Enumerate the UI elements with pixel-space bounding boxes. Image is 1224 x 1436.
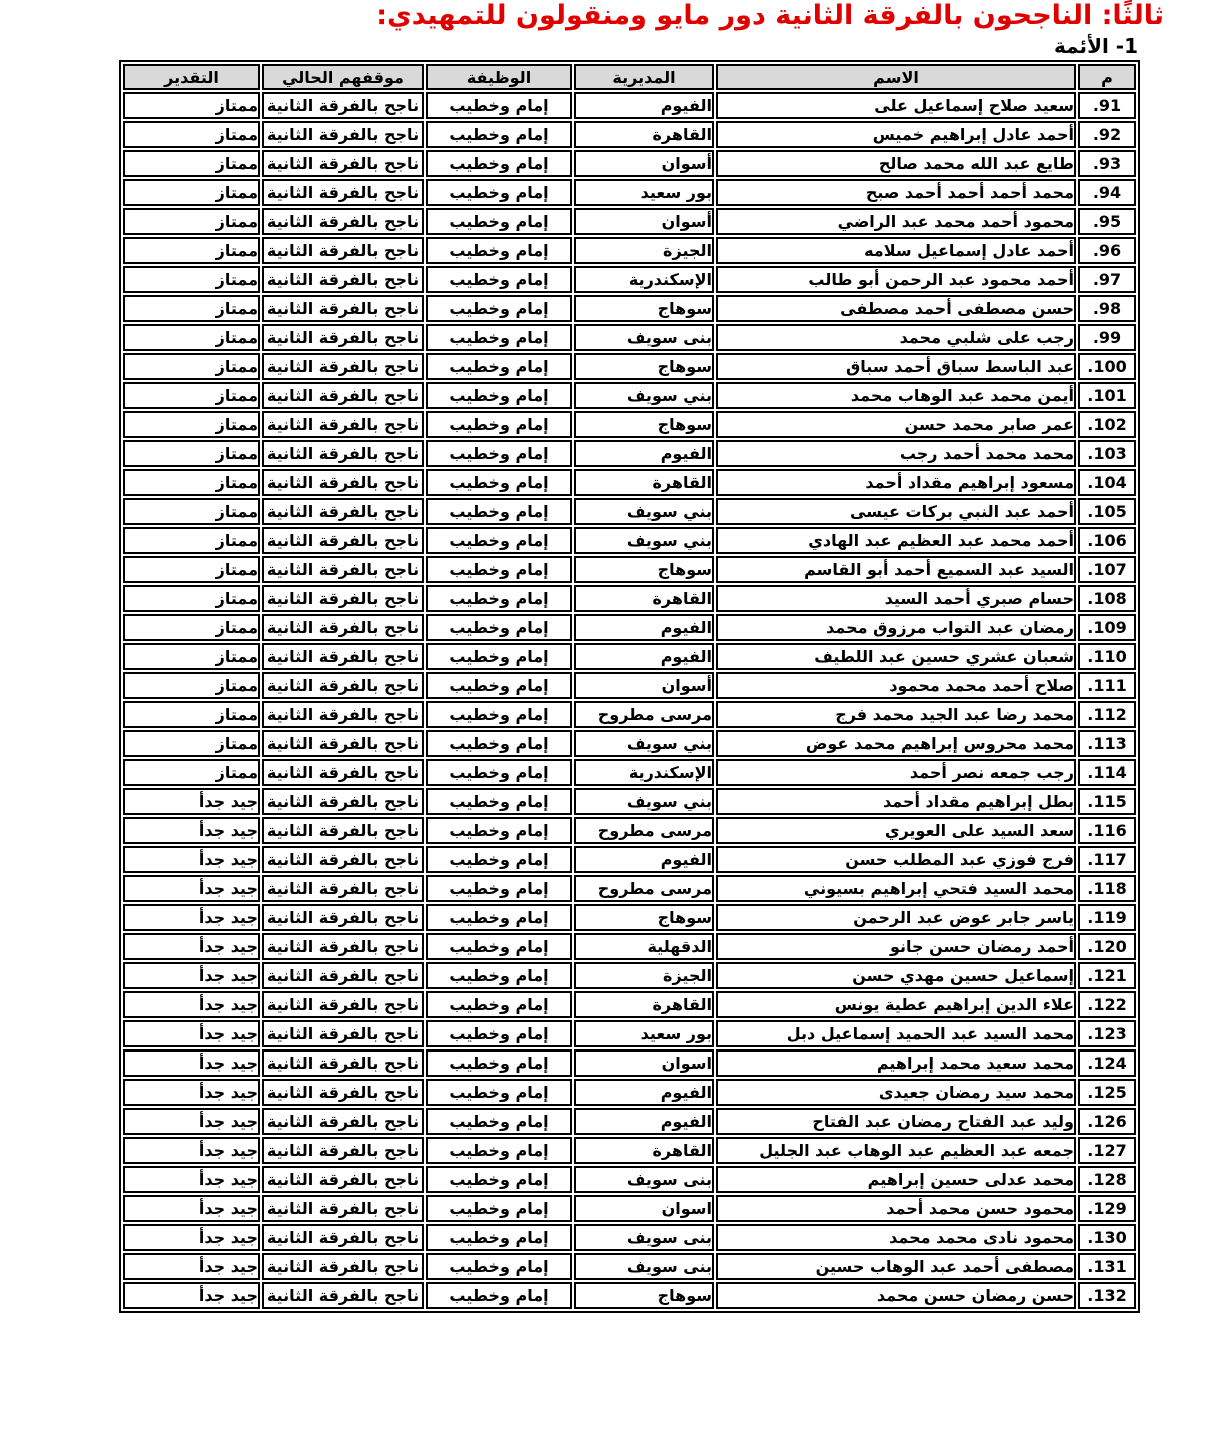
cell-job: إمام وخطيب [426, 585, 572, 612]
cell-directorate: مرسى مطروح [574, 875, 714, 902]
cell-job: إمام وخطيب [426, 904, 572, 931]
cell-status: ناجح بالفرقة الثانية [262, 904, 424, 931]
table-row: 102. عمر صابر محمد حسن سوهاج إمام وخطيب … [123, 411, 1136, 438]
cell-status: ناجح بالفرقة الثانية [262, 614, 424, 641]
cell-job: إمام وخطيب [426, 759, 572, 786]
cell-status: ناجح بالفرقة الثانية [262, 643, 424, 670]
cell-status: ناجح بالفرقة الثانية [262, 266, 424, 293]
cell-name: محمد سعيد محمد إبراهيم [716, 1049, 1076, 1077]
cell-row-number: 109. [1078, 614, 1136, 641]
cell-grade: جيد جدأ [123, 904, 260, 931]
cell-directorate: الفيوم [574, 92, 714, 119]
table-row: 92. أحمد عادل إبراهيم خميس القاهرة إمام … [123, 121, 1136, 148]
table-row: 94. محمد أحمد أحمد أحمد صبح بور سعيد إما… [123, 179, 1136, 206]
results-table: م الاسم المديرية الوظيفة موقفهم الحالي ا… [119, 60, 1140, 1313]
header-name: الاسم [716, 64, 1076, 90]
cell-name: جمعه عبد العظيم عبد الوهاب عبد الجليل [716, 1137, 1076, 1164]
cell-grade: جيد جدأ [123, 991, 260, 1018]
cell-name: السيد عبد السميع أحمد أبو القاسم [716, 556, 1076, 583]
cell-row-number: 131. [1078, 1253, 1136, 1280]
cell-directorate: القاهرة [574, 121, 714, 148]
cell-grade: ممتاز [123, 643, 260, 670]
cell-directorate: الفيوم [574, 1108, 714, 1135]
table-row: 104. مسعود إبراهيم مقداد أحمد القاهرة إم… [123, 469, 1136, 496]
cell-grade: ممتاز [123, 237, 260, 264]
cell-name: رجب على شلبي محمد [716, 324, 1076, 351]
table-row: 125. محمد سيد رمضان جعيدى الفيوم إمام وخ… [123, 1079, 1136, 1106]
cell-job: إمام وخطيب [426, 527, 572, 554]
cell-name: أيمن محمد عبد الوهاب محمد [716, 382, 1076, 409]
cell-row-number: 93. [1078, 150, 1136, 177]
cell-name: محمد سيد رمضان جعيدى [716, 1079, 1076, 1106]
cell-name: محمد محروس إبراهيم محمد عوض [716, 730, 1076, 757]
cell-row-number: 126. [1078, 1108, 1136, 1135]
cell-row-number: 97. [1078, 266, 1136, 293]
cell-row-number: 96. [1078, 237, 1136, 264]
cell-row-number: 130. [1078, 1224, 1136, 1251]
cell-directorate: مرسى مطروح [574, 817, 714, 844]
cell-job: إمام وخطيب [426, 1049, 572, 1077]
cell-status: ناجح بالفرقة الثانية [262, 672, 424, 699]
cell-status: ناجح بالفرقة الثانية [262, 1079, 424, 1106]
table-row: 114. رجب جمعه نصر أحمد الإسكندرية إمام و… [123, 759, 1136, 786]
cell-directorate: سوهاج [574, 295, 714, 322]
cell-status: ناجح بالفرقة الثانية [262, 875, 424, 902]
cell-name: عبد الباسط سباق أحمد سباق [716, 353, 1076, 380]
table-row: 120. أحمد رمضان حسن جانو الدقهلية إمام و… [123, 933, 1136, 960]
cell-job: إمام وخطيب [426, 1282, 572, 1309]
cell-grade: ممتاز [123, 672, 260, 699]
cell-row-number: 111. [1078, 672, 1136, 699]
table-row: 124. محمد سعيد محمد إبراهيم اسوان إمام و… [123, 1049, 1136, 1077]
table-row: 100. عبد الباسط سباق أحمد سباق سوهاج إما… [123, 353, 1136, 380]
table-row: 110. شعبان عشري حسين عبد اللطيف الفيوم إ… [123, 643, 1136, 670]
cell-directorate: سوهاج [574, 556, 714, 583]
cell-status: ناجح بالفرقة الثانية [262, 179, 424, 206]
cell-directorate: الدقهلية [574, 933, 714, 960]
header-row: م الاسم المديرية الوظيفة موقفهم الحالي ا… [123, 64, 1136, 90]
cell-status: ناجح بالفرقة الثانية [262, 1282, 424, 1309]
cell-grade: ممتاز [123, 92, 260, 119]
cell-status: ناجح بالفرقة الثانية [262, 1195, 424, 1222]
cell-name: رجب جمعه نصر أحمد [716, 759, 1076, 786]
cell-directorate: الفيوم [574, 440, 714, 467]
cell-row-number: 124. [1078, 1049, 1136, 1077]
cell-row-number: 120. [1078, 933, 1136, 960]
cell-job: إمام وخطيب [426, 788, 572, 815]
cell-row-number: 128. [1078, 1166, 1136, 1193]
table-row: 91. سعيد صلاح إسماعيل على الفيوم إمام وخ… [123, 92, 1136, 119]
header-job: الوظيفة [426, 64, 572, 90]
cell-job: إمام وخطيب [426, 701, 572, 728]
cell-status: ناجح بالفرقة الثانية [262, 382, 424, 409]
cell-grade: جيد جدأ [123, 933, 260, 960]
cell-name: محمد السيد فتحي إبراهيم بسيوني [716, 875, 1076, 902]
cell-row-number: 115. [1078, 788, 1136, 815]
cell-job: إمام وخطيب [426, 933, 572, 960]
cell-job: إمام وخطيب [426, 150, 572, 177]
table-row: 129. محمود حسن محمد أحمد اسوان إمام وخطي… [123, 1195, 1136, 1222]
cell-directorate: أسوان [574, 208, 714, 235]
cell-job: إمام وخطيب [426, 237, 572, 264]
cell-job: إمام وخطيب [426, 1166, 572, 1193]
cell-grade: جيد جدأ [123, 846, 260, 873]
cell-status: ناجح بالفرقة الثانية [262, 962, 424, 989]
cell-row-number: 100. [1078, 353, 1136, 380]
cell-job: إمام وخطيب [426, 1224, 572, 1251]
header-number: م [1078, 64, 1136, 90]
cell-name: طايع عبد الله محمد صالح [716, 150, 1076, 177]
header-status: موقفهم الحالي [262, 64, 424, 90]
cell-job: إمام وخطيب [426, 92, 572, 119]
cell-name: أحمد محمد عبد العظيم عبد الهادي [716, 527, 1076, 554]
cell-name: عمر صابر محمد حسن [716, 411, 1076, 438]
table-row: 109. رمضان عبد التواب مرزوق محمد الفيوم … [123, 614, 1136, 641]
table-row: 103. محمد محمد أحمد رجب الفيوم إمام وخطي… [123, 440, 1136, 467]
table-row: 130. محمود نادى محمد محمد بنى سويف إمام … [123, 1224, 1136, 1251]
table-row: 101. أيمن محمد عبد الوهاب محمد بني سويف … [123, 382, 1136, 409]
cell-grade: جيد جدأ [123, 1020, 260, 1047]
cell-status: ناجح بالفرقة الثانية [262, 701, 424, 728]
table-row: 96. أحمد عادل إسماعيل سلامه الجيزة إمام … [123, 237, 1136, 264]
cell-row-number: 110. [1078, 643, 1136, 670]
cell-directorate: الإسكندرية [574, 266, 714, 293]
cell-status: ناجح بالفرقة الثانية [262, 324, 424, 351]
cell-name: صلاح أحمد محمد محمود [716, 672, 1076, 699]
cell-row-number: 101. [1078, 382, 1136, 409]
cell-status: ناجح بالفرقة الثانية [262, 1253, 424, 1280]
cell-row-number: 94. [1078, 179, 1136, 206]
cell-grade: ممتاز [123, 150, 260, 177]
cell-grade: جيد جدأ [123, 788, 260, 815]
cell-status: ناجح بالفرقة الثانية [262, 1049, 424, 1077]
cell-directorate: سوهاج [574, 1282, 714, 1309]
cell-name: علاء الدين إبراهيم عطية يونس [716, 991, 1076, 1018]
table-row: 127. جمعه عبد العظيم عبد الوهاب عبد الجل… [123, 1137, 1136, 1164]
cell-directorate: بني سويف [574, 788, 714, 815]
cell-job: إمام وخطيب [426, 121, 572, 148]
cell-grade: جيد جدأ [123, 1137, 260, 1164]
cell-row-number: 122. [1078, 991, 1136, 1018]
cell-job: إمام وخطيب [426, 382, 572, 409]
cell-grade: ممتاز [123, 295, 260, 322]
cell-status: ناجح بالفرقة الثانية [262, 991, 424, 1018]
cell-job: إمام وخطيب [426, 440, 572, 467]
cell-status: ناجح بالفرقة الثانية [262, 730, 424, 757]
table-row: 119. ياسر جابر عوض عبد الرحمن سوهاج إمام… [123, 904, 1136, 931]
cell-status: ناجح بالفرقة الثانية [262, 469, 424, 496]
cell-job: إمام وخطيب [426, 266, 572, 293]
cell-name: محمد أحمد أحمد أحمد صبح [716, 179, 1076, 206]
page-title: ثالثًا: الناجحون بالفرقة الثانية دور ماي… [376, 0, 1164, 31]
cell-grade: ممتاز [123, 527, 260, 554]
cell-name: محمود أحمد محمد عبد الراضي [716, 208, 1076, 235]
cell-row-number: 123. [1078, 1020, 1136, 1047]
cell-directorate: الفيوم [574, 846, 714, 873]
cell-row-number: 91. [1078, 92, 1136, 119]
cell-grade: ممتاز [123, 701, 260, 728]
table-row: 121. إسماعيل حسين مهدي حسن الجيزة إمام و… [123, 962, 1136, 989]
cell-name: حسام صبري أحمد السيد [716, 585, 1076, 612]
cell-directorate: أسوان [574, 672, 714, 699]
cell-row-number: 92. [1078, 121, 1136, 148]
cell-status: ناجح بالفرقة الثانية [262, 846, 424, 873]
cell-name: أحمد عادل إسماعيل سلامه [716, 237, 1076, 264]
cell-name: محمد عدلى حسين إبراهيم [716, 1166, 1076, 1193]
cell-status: ناجح بالفرقة الثانية [262, 933, 424, 960]
cell-job: إمام وخطيب [426, 324, 572, 351]
cell-row-number: 125. [1078, 1079, 1136, 1106]
cell-status: ناجح بالفرقة الثانية [262, 1108, 424, 1135]
cell-row-number: 116. [1078, 817, 1136, 844]
cell-grade: جيد جدأ [123, 1079, 260, 1106]
cell-name: شعبان عشري حسين عبد اللطيف [716, 643, 1076, 670]
cell-row-number: 118. [1078, 875, 1136, 902]
cell-directorate: سوهاج [574, 353, 714, 380]
table-row: 117. فرج فوزي عبد المطلب حسن الفيوم إمام… [123, 846, 1136, 873]
cell-grade: ممتاز [123, 121, 260, 148]
cell-name: حسن رمضان حسن محمد [716, 1282, 1076, 1309]
cell-directorate: بنى سويف [574, 1253, 714, 1280]
cell-job: إمام وخطيب [426, 295, 572, 322]
cell-job: إمام وخطيب [426, 1137, 572, 1164]
cell-job: إمام وخطيب [426, 1108, 572, 1135]
cell-name: إسماعيل حسين مهدي حسن [716, 962, 1076, 989]
table-row: 122. علاء الدين إبراهيم عطية يونس القاهر… [123, 991, 1136, 1018]
cell-row-number: 114. [1078, 759, 1136, 786]
cell-job: إمام وخطيب [426, 875, 572, 902]
cell-row-number: 127. [1078, 1137, 1136, 1164]
cell-directorate: الفيوم [574, 1079, 714, 1106]
cell-status: ناجح بالفرقة الثانية [262, 295, 424, 322]
cell-name: مصطفى أحمد عبد الوهاب حسين [716, 1253, 1076, 1280]
cell-directorate: بور سعيد [574, 179, 714, 206]
cell-status: ناجح بالفرقة الثانية [262, 498, 424, 525]
cell-job: إمام وخطيب [426, 1195, 572, 1222]
cell-grade: ممتاز [123, 266, 260, 293]
table-row: 95. محمود أحمد محمد عبد الراضي أسوان إما… [123, 208, 1136, 235]
cell-grade: ممتاز [123, 585, 260, 612]
table-row: 131. مصطفى أحمد عبد الوهاب حسين بنى سويف… [123, 1253, 1136, 1280]
cell-directorate: الجيزة [574, 962, 714, 989]
cell-row-number: 103. [1078, 440, 1136, 467]
cell-job: إمام وخطيب [426, 1253, 572, 1280]
cell-row-number: 105. [1078, 498, 1136, 525]
cell-row-number: 107. [1078, 556, 1136, 583]
cell-row-number: 132. [1078, 1282, 1136, 1309]
cell-status: ناجح بالفرقة الثانية [262, 1224, 424, 1251]
cell-row-number: 95. [1078, 208, 1136, 235]
cell-status: ناجح بالفرقة الثانية [262, 1137, 424, 1164]
cell-grade: جيد جدأ [123, 1108, 260, 1135]
cell-name: فرج فوزي عبد المطلب حسن [716, 846, 1076, 873]
cell-grade: جيد جدأ [123, 875, 260, 902]
cell-grade: ممتاز [123, 411, 260, 438]
cell-row-number: 113. [1078, 730, 1136, 757]
cell-job: إمام وخطيب [426, 991, 572, 1018]
table-row: 128. محمد عدلى حسين إبراهيم بنى سويف إما… [123, 1166, 1136, 1193]
document-page: ثالثًا: الناجحون بالفرقة الثانية دور ماي… [0, 0, 1224, 1436]
table-row: 107. السيد عبد السميع أحمد أبو القاسم سو… [123, 556, 1136, 583]
table-row: 106. أحمد محمد عبد العظيم عبد الهادي بني… [123, 527, 1136, 554]
cell-row-number: 121. [1078, 962, 1136, 989]
cell-job: إمام وخطيب [426, 643, 572, 670]
cell-name: بطل إبراهيم مقداد أحمد [716, 788, 1076, 815]
cell-job: إمام وخطيب [426, 498, 572, 525]
cell-status: ناجح بالفرقة الثانية [262, 759, 424, 786]
cell-job: إمام وخطيب [426, 846, 572, 873]
table-row: 123. محمد السيد عبد الحميد إسماعيل دبل ب… [123, 1020, 1136, 1047]
cell-job: إمام وخطيب [426, 556, 572, 583]
table-row: 98. حسن مصطفى أحمد مصطفى سوهاج إمام وخطي… [123, 295, 1136, 322]
table-row: 115. بطل إبراهيم مقداد أحمد بني سويف إما… [123, 788, 1136, 815]
cell-name: أحمد عادل إبراهيم خميس [716, 121, 1076, 148]
cell-status: ناجح بالفرقة الثانية [262, 121, 424, 148]
cell-directorate: بني سويف [574, 498, 714, 525]
cell-status: ناجح بالفرقة الثانية [262, 353, 424, 380]
cell-grade: ممتاز [123, 208, 260, 235]
cell-directorate: بنى سويف [574, 1166, 714, 1193]
cell-directorate: بنى سويف [574, 324, 714, 351]
cell-grade: ممتاز [123, 324, 260, 351]
cell-row-number: 98. [1078, 295, 1136, 322]
cell-row-number: 119. [1078, 904, 1136, 931]
cell-directorate: سوهاج [574, 411, 714, 438]
table-row: 112. محمد رضا عبد الجيد محمد فرج مرسى مط… [123, 701, 1136, 728]
cell-job: إمام وخطيب [426, 179, 572, 206]
cell-status: ناجح بالفرقة الثانية [262, 527, 424, 554]
cell-grade: جيد جدأ [123, 1166, 260, 1193]
cell-status: ناجح بالفرقة الثانية [262, 150, 424, 177]
cell-name: محمود نادى محمد محمد [716, 1224, 1076, 1251]
table-row: 111. صلاح أحمد محمد محمود أسوان إمام وخط… [123, 672, 1136, 699]
cell-grade: جيد جدأ [123, 817, 260, 844]
cell-name: محمد السيد عبد الحميد إسماعيل دبل [716, 1020, 1076, 1047]
cell-row-number: 102. [1078, 411, 1136, 438]
cell-directorate: بني سويف [574, 382, 714, 409]
cell-status: ناجح بالفرقة الثانية [262, 92, 424, 119]
table-row: 118. محمد السيد فتحي إبراهيم بسيوني مرسى… [123, 875, 1136, 902]
cell-status: ناجح بالفرقة الثانية [262, 1020, 424, 1047]
cell-grade: جيد جدأ [123, 1253, 260, 1280]
cell-status: ناجح بالفرقة الثانية [262, 556, 424, 583]
cell-grade: ممتاز [123, 353, 260, 380]
cell-job: إمام وخطيب [426, 353, 572, 380]
cell-name: محمود حسن محمد أحمد [716, 1195, 1076, 1222]
cell-grade: جيد جدأ [123, 1224, 260, 1251]
cell-row-number: 99. [1078, 324, 1136, 351]
cell-grade: جيد جدأ [123, 962, 260, 989]
cell-status: ناجح بالفرقة الثانية [262, 1166, 424, 1193]
cell-directorate: الفيوم [574, 614, 714, 641]
cell-grade: ممتاز [123, 730, 260, 757]
cell-name: أحمد محمود عبد الرحمن أبو طالب [716, 266, 1076, 293]
table-row: 97. أحمد محمود عبد الرحمن أبو طالب الإسك… [123, 266, 1136, 293]
cell-grade: ممتاز [123, 498, 260, 525]
cell-status: ناجح بالفرقة الثانية [262, 440, 424, 467]
cell-directorate: القاهرة [574, 991, 714, 1018]
cell-row-number: 129. [1078, 1195, 1136, 1222]
section-subtitle: 1- الأئمة [1054, 34, 1138, 58]
table-row: 113. محمد محروس إبراهيم محمد عوض بني سوي… [123, 730, 1136, 757]
cell-status: ناجح بالفرقة الثانية [262, 585, 424, 612]
table-row: 126. وليد عبد الفتاح رمضان عبد الفتاح ال… [123, 1108, 1136, 1135]
cell-directorate: القاهرة [574, 585, 714, 612]
cell-directorate: اسوان [574, 1049, 714, 1077]
cell-status: ناجح بالفرقة الثانية [262, 237, 424, 264]
table-row: 108. حسام صبري أحمد السيد القاهرة إمام و… [123, 585, 1136, 612]
cell-directorate: بني سويف [574, 527, 714, 554]
cell-grade: ممتاز [123, 556, 260, 583]
cell-directorate: بنى سويف [574, 1224, 714, 1251]
cell-name: وليد عبد الفتاح رمضان عبد الفتاح [716, 1108, 1076, 1135]
cell-row-number: 106. [1078, 527, 1136, 554]
table-row: 105. أحمد عبد النبي بركات عيسى بني سويف … [123, 498, 1136, 525]
cell-directorate: بور سعيد [574, 1020, 714, 1047]
cell-name: أحمد رمضان حسن جانو [716, 933, 1076, 960]
cell-grade: ممتاز [123, 614, 260, 641]
cell-name: محمد رضا عبد الجيد محمد فرج [716, 701, 1076, 728]
cell-job: إمام وخطيب [426, 730, 572, 757]
cell-grade: جيد جدأ [123, 1195, 260, 1222]
header-grade: التقدير [123, 64, 260, 90]
cell-directorate: بني سويف [574, 730, 714, 757]
cell-directorate: الإسكندرية [574, 759, 714, 786]
cell-grade: جيد جدأ [123, 1049, 260, 1077]
cell-row-number: 108. [1078, 585, 1136, 612]
cell-grade: جيد جدأ [123, 1282, 260, 1309]
cell-job: إمام وخطيب [426, 962, 572, 989]
cell-directorate: مرسى مطروح [574, 701, 714, 728]
cell-directorate: اسوان [574, 1195, 714, 1222]
table-row: 116. سعد السيد على العويري مرسى مطروح إم… [123, 817, 1136, 844]
cell-status: ناجح بالفرقة الثانية [262, 817, 424, 844]
cell-grade: ممتاز [123, 382, 260, 409]
cell-row-number: 104. [1078, 469, 1136, 496]
cell-status: ناجح بالفرقة الثانية [262, 208, 424, 235]
cell-job: إمام وخطيب [426, 208, 572, 235]
table-row: 99. رجب على شلبي محمد بنى سويف إمام وخطي… [123, 324, 1136, 351]
cell-directorate: القاهرة [574, 469, 714, 496]
cell-grade: ممتاز [123, 469, 260, 496]
cell-name: ياسر جابر عوض عبد الرحمن [716, 904, 1076, 931]
cell-name: سعيد صلاح إسماعيل على [716, 92, 1076, 119]
cell-grade: ممتاز [123, 759, 260, 786]
cell-status: ناجح بالفرقة الثانية [262, 788, 424, 815]
cell-name: محمد محمد أحمد رجب [716, 440, 1076, 467]
cell-directorate: أسوان [574, 150, 714, 177]
cell-name: رمضان عبد التواب مرزوق محمد [716, 614, 1076, 641]
cell-job: إمام وخطيب [426, 614, 572, 641]
cell-name: مسعود إبراهيم مقداد أحمد [716, 469, 1076, 496]
cell-job: إمام وخطيب [426, 469, 572, 496]
cell-name: سعد السيد على العويري [716, 817, 1076, 844]
cell-grade: ممتاز [123, 440, 260, 467]
table-row: 93. طايع عبد الله محمد صالح أسوان إمام و… [123, 150, 1136, 177]
cell-row-number: 112. [1078, 701, 1136, 728]
cell-job: إمام وخطيب [426, 411, 572, 438]
cell-directorate: القاهرة [574, 1137, 714, 1164]
cell-job: إمام وخطيب [426, 1079, 572, 1106]
cell-directorate: الجيزة [574, 237, 714, 264]
cell-name: أحمد عبد النبي بركات عيسى [716, 498, 1076, 525]
table-row: 132. حسن رمضان حسن محمد سوهاج إمام وخطيب… [123, 1282, 1136, 1309]
cell-directorate: سوهاج [574, 904, 714, 931]
header-directorate: المديرية [574, 64, 714, 90]
cell-job: إمام وخطيب [426, 1020, 572, 1047]
cell-row-number: 117. [1078, 846, 1136, 873]
cell-job: إمام وخطيب [426, 817, 572, 844]
